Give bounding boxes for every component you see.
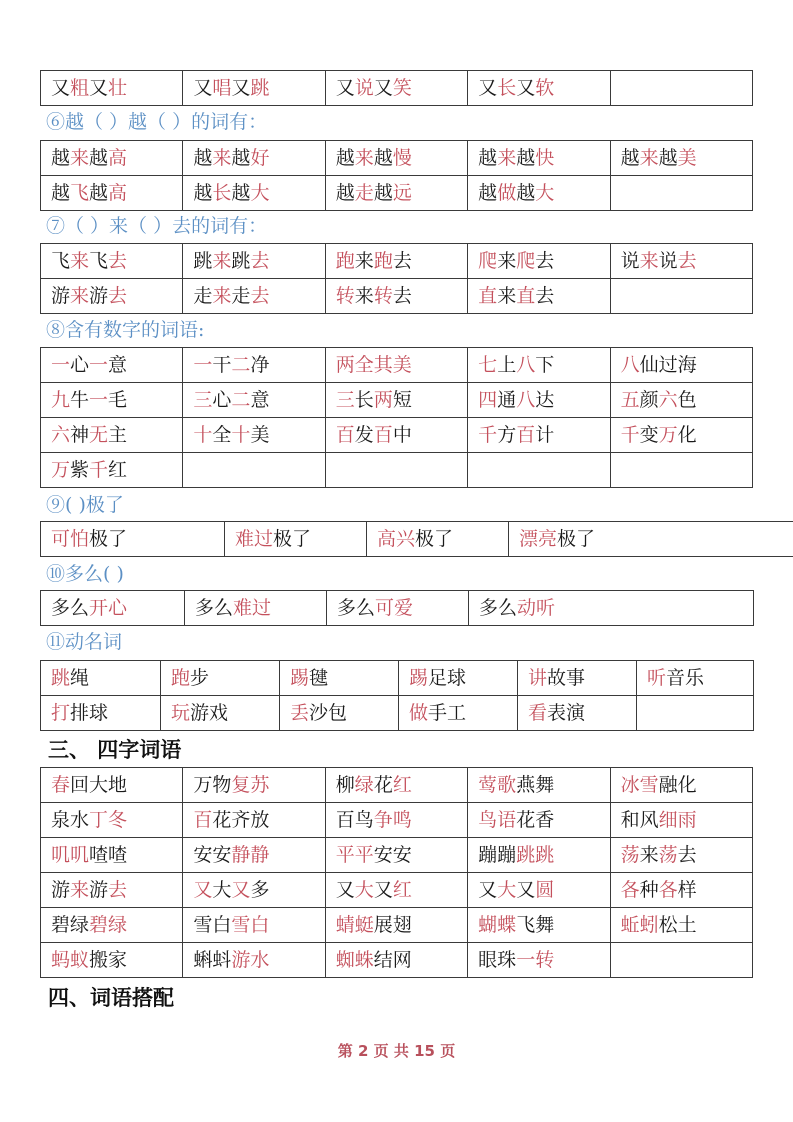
word-cell: 七上八下 [468,348,610,383]
plain-text: 越 [478,147,497,169]
highlight-text: 荡 [659,844,678,866]
highlight-text: 九 [51,389,70,411]
number-words-table: 一心一意一干二净两全其美七上八下八仙过海九牛一毛三心二意三长两短四通八达五颜六色… [40,347,753,488]
plain-text: 全 [212,424,231,446]
plain-text: 色 [678,389,697,411]
highlight-text: 三 [336,389,355,411]
word-cell: 越走越远 [325,176,467,211]
table-row: 游来游去又大又多又大又红又大又圆各种各样 [41,873,753,908]
plain-text: 多么 [195,597,233,619]
highlight-text: 慢 [393,147,412,169]
plain-text: 喳喳 [89,844,127,866]
highlight-text: 十 [231,424,250,446]
highlight-text: 六 [659,389,678,411]
plain-text: 干 [212,354,231,376]
verb-noun-table: 跳绳跑步踢毽踢足球讲故事听音乐打排球玩游戏丢沙包做手工看表演 [40,660,754,731]
plain-text: 越 [51,182,70,204]
word-cell: 多么可爱 [327,591,469,626]
empty-cell [610,71,752,106]
word-cell: 万紫千红 [41,453,183,488]
word-cell: 越来越高 [41,141,183,176]
plain-text: 去 [535,285,554,307]
plain-text: 眼珠 [478,949,516,971]
highlight-text: 去 [108,250,127,272]
word-cell: 跳绳 [41,661,161,696]
highlight-text: 又 [193,879,212,901]
word-cell: 蜘蛛结网 [325,943,467,978]
plain-text: 跳 [231,250,250,272]
highlight-text: 长 [497,77,516,99]
highlight-text: 百 [336,424,355,446]
highlight-text: 蜘蛛 [336,949,374,971]
word-cell: 越来越快 [468,141,610,176]
plain-text: 表演 [547,702,585,724]
plain-text: 多 [250,879,269,901]
word-cell: 越来越好 [183,141,325,176]
highlight-text: 转 [374,285,393,307]
highlight-text: 看 [528,702,547,724]
word-cell: 跳来跳去 [183,244,325,279]
plain-text: 主 [108,424,127,446]
highlight-text: 蜻蜓 [336,914,374,936]
highlight-text: 听 [647,667,666,689]
plain-text: 大 [212,879,231,901]
plain-text: 方 [497,424,516,446]
highlight-text: 踢 [290,667,309,689]
highlight-text: 千 [89,459,108,481]
word-cell: 又大又红 [325,873,467,908]
highlight-text: 跳 [250,77,269,99]
highlight-text: 百 [516,424,535,446]
plain-text: 越 [231,182,250,204]
plain-text: 极了 [273,528,311,550]
highlight-text: 一转 [516,949,554,971]
word-cell: 眼珠一转 [468,943,610,978]
word-cell: 做手工 [399,696,518,731]
plain-text: 松土 [659,914,697,936]
word-cell: 叽叽喳喳 [41,838,183,873]
table-row: 万紫千红 [41,453,753,488]
highlight-text: 来 [70,250,89,272]
plain-text: 心 [212,389,231,411]
highlight-text: 蚯蚓 [621,914,659,936]
plain-text: 计 [535,424,554,446]
highlight-text: 软 [535,77,554,99]
word-cell: 高兴极了 [367,522,509,557]
highlight-text: 一 [89,389,108,411]
highlight-text: 两 [374,389,393,411]
plain-text: 步 [190,667,209,689]
highlight-text: 万 [659,424,678,446]
plain-text: 仙过海 [640,354,697,376]
word-cell: 玩游戏 [161,696,280,731]
word-cell: 四通八达 [468,383,610,418]
word-cell: 一心一意 [41,348,183,383]
word-cell: 讲故事 [518,661,637,696]
highlight-text: 做 [409,702,428,724]
highlight-text: 十 [193,424,212,446]
word-cell: 游来游去 [41,279,183,314]
word-cell: 又大又圆 [468,873,610,908]
plain-text: 越 [516,182,535,204]
word-cell: 打排球 [41,696,161,731]
highlight-text: 鸟语 [478,809,516,831]
highlight-text: 壮 [108,77,127,99]
plain-text: 越 [516,147,535,169]
highlight-text: 千 [621,424,640,446]
plain-text: 牛 [70,389,89,411]
word-cell: 可怕极了 [41,522,225,557]
highlight-text: 二 [231,389,250,411]
section-heading-laiqu: ⑦（ ）来（ ）去的词有： [46,214,267,238]
highlight-text: 三 [193,389,212,411]
highlight-text: 一 [51,354,70,376]
table-row: 蚂蚁搬家蝌蚪游水蜘蛛结网眼珠一转 [41,943,753,978]
plain-text: 沙包 [309,702,347,724]
highlight-text: 去 [250,285,269,307]
empty-cell [468,453,610,488]
highlight-text: 玩 [171,702,190,724]
table-row: 越飞越高越长越大越走越远越做越大 [41,176,753,211]
plain-text: 故事 [547,667,585,689]
table-row: 打排球玩游戏丢沙包做手工看表演 [41,696,754,731]
plain-text: 意 [250,389,269,411]
word-cell: 五颜六色 [610,383,752,418]
highlight-text: 静静 [231,844,269,866]
word-cell: 转来转去 [325,279,467,314]
highlight-text: 做 [497,182,516,204]
highlight-text: 高 [108,147,127,169]
highlight-text: 各 [659,879,678,901]
word-cell: 蜻蜓展翅 [325,908,467,943]
plain-text: 越 [659,147,678,169]
duo-me-table: 多么开心多么难过多么可爱多么动听 [40,590,754,626]
word-cell: 六神无主 [41,418,183,453]
word-cell: 莺歌燕舞 [468,768,610,803]
plain-text: 燕舞 [516,774,554,796]
word-cell: 八仙过海 [610,348,752,383]
plain-text: 结网 [374,949,412,971]
plain-text: 游戏 [190,702,228,724]
plain-text: 融化 [659,774,697,796]
highlight-text: 来 [640,147,659,169]
highlight-text: 来 [212,147,231,169]
highlight-text: 远 [393,182,412,204]
plain-text: 神 [70,424,89,446]
plain-text: 碧绿 [51,914,89,936]
highlight-text: 漂亮 [519,528,557,550]
plain-text: 越 [374,147,393,169]
highlight-text: 来 [70,147,89,169]
plain-text: 蹦蹦 [478,844,516,866]
highlight-text: 美 [678,147,697,169]
word-cell: 百花齐放 [183,803,325,838]
highlight-text: 来 [70,285,89,307]
highlight-text: 六 [51,424,70,446]
empty-cell [610,279,752,314]
word-cell: 荡来荡去 [610,838,752,873]
word-cell: 蚂蚁搬家 [41,943,183,978]
plain-text: 越 [336,182,355,204]
plain-text: 来 [640,844,659,866]
highlight-text: 争鸣 [374,809,412,831]
highlight-text: 高兴 [377,528,415,550]
word-cell: 跑来跑去 [325,244,467,279]
plain-text: 来 [497,285,516,307]
highlight-text: 二 [231,354,250,376]
highlight-text: 复苏 [231,774,269,796]
plain-text: 又 [193,77,212,99]
word-cell: 多么开心 [41,591,185,626]
word-cell: 和风细雨 [610,803,752,838]
highlight-text: 八 [621,354,640,376]
highlight-text: 圆 [535,879,554,901]
highlight-text: 大 [355,879,374,901]
plain-text: 花 [374,774,393,796]
highlight-text: 来 [212,250,231,272]
plain-text: 来 [355,285,374,307]
highlight-text: 蚂蚁 [51,949,89,971]
highlight-text: 去 [108,879,127,901]
highlight-text: 大 [535,182,554,204]
table-row: 碧绿碧绿雪白雪白蜻蜓展翅蝴蝶飞舞蚯蚓松土 [41,908,753,943]
table-row: 九牛一毛三心二意三长两短四通八达五颜六色 [41,383,753,418]
highlight-text: 好 [250,147,269,169]
highlight-text: 五 [621,389,640,411]
highlight-text: 长 [212,182,231,204]
plain-text: 足球 [428,667,466,689]
empty-cell [610,943,752,978]
highlight-text: 直 [478,285,497,307]
plain-text: 美 [250,424,269,446]
highlight-text: 一 [193,354,212,376]
highlight-text: 去 [678,250,697,272]
highlight-text: 游水 [231,949,269,971]
plain-text: 越 [621,147,640,169]
word-cell: 百发百中 [325,418,467,453]
plain-text: 雪白 [193,914,231,936]
plain-text: 样 [678,879,697,901]
plain-text: 红 [108,459,127,481]
word-cell: 千变万化 [610,418,752,453]
highlight-text: 八 [516,354,535,376]
word-cell: 两全其美 [325,348,467,383]
plain-text: 跳 [193,250,212,272]
word-cell: 难过极了 [225,522,367,557]
highlight-text: 开心 [89,597,127,619]
table-row: 六神无主十全十美百发百中千方百计千变万化 [41,418,753,453]
highlight-text: 蝴蝶 [478,914,516,936]
plain-text: 走 [193,285,212,307]
word-cell: 越来越美 [610,141,752,176]
plain-text: 飞 [89,250,108,272]
plain-text: 极了 [89,528,127,550]
highlight-text: 红 [393,879,412,901]
plain-text: 毽 [309,667,328,689]
highlight-text: 打 [51,702,70,724]
word-cell: 游来游去 [41,873,183,908]
word-cell: 看表演 [518,696,637,731]
empty-cell [610,176,752,211]
highlight-text: 踢 [409,667,428,689]
highlight-text: 冰雪 [621,774,659,796]
word-cell: 越飞越高 [41,176,183,211]
highlight-text: 百 [193,809,212,831]
highlight-text: 百 [374,424,393,446]
word-cell: 千方百计 [468,418,610,453]
plain-text: 通 [497,389,516,411]
plain-text: 中 [393,424,412,446]
plain-text: 又 [231,77,250,99]
highlight-text: 各 [621,879,640,901]
plain-text: 心 [70,354,89,376]
word-cell: 碧绿碧绿 [41,908,183,943]
highlight-text: 莺歌 [478,774,516,796]
table-row: 叽叽喳喳安安静静平平安安蹦蹦跳跳荡来荡去 [41,838,753,873]
highlight-text: 跑 [374,250,393,272]
word-cell: 蝴蝶飞舞 [468,908,610,943]
word-cell: 柳绿花红 [325,768,467,803]
highlight-text: 难过 [233,597,271,619]
empty-cell [325,453,467,488]
section-heading-shuzi: ⑧含有数字的词语: [46,318,204,342]
plain-text: 又 [374,879,393,901]
plain-text: 长 [355,389,374,411]
plain-text: 又 [374,77,393,99]
plain-text: 又 [51,77,70,99]
table-row: 飞来飞去跳来跳去跑来跑去爬来爬去说来说去 [41,244,753,279]
plain-text: 种 [640,879,659,901]
word-cell: 蹦蹦跳跳 [468,838,610,873]
plain-text: 来 [497,250,516,272]
highlight-text: 可爱 [375,597,413,619]
word-cell: 又粗又壮 [41,71,183,106]
word-cell: 多么动听 [469,591,754,626]
highlight-text: 粗 [70,77,89,99]
word-cell: 又长又软 [468,71,610,106]
highlight-text: 爬 [516,250,535,272]
plain-text: 来 [355,250,374,272]
plain-text: 越 [374,182,393,204]
ji-le-table: 可怕极了 难过极了高兴极了漂亮极了 [40,521,793,557]
highlight-text: 去 [108,285,127,307]
highlight-text: 动听 [517,597,555,619]
word-cell: 九牛一毛 [41,383,183,418]
highlight-text: 平平 [336,844,374,866]
plain-text: 飞 [51,250,70,272]
table-row: 泉水丁冬百花齐放百鸟争鸣鸟语花香和风细雨 [41,803,753,838]
word-cell: 泉水丁冬 [41,803,183,838]
lai-qu-table: 飞来飞去跳来跳去跑来跑去爬来爬去说来说去游来游去走来走去转来转去直来直去 [40,243,753,314]
word-cell: 十全十美 [183,418,325,453]
plain-text: 多么 [51,597,89,619]
plain-text: 又 [89,77,108,99]
highlight-text: 荡 [621,844,640,866]
plain-text: 去 [393,285,412,307]
plain-text: 安安 [374,844,412,866]
word-cell: 一干二净 [183,348,325,383]
word-cell: 飞来飞去 [41,244,183,279]
highlight-text: 千 [478,424,497,446]
plain-text: 越 [193,182,212,204]
plain-text: 百鸟 [336,809,374,831]
highlight-text: 走 [355,182,374,204]
word-cell: 冰雪融化 [610,768,752,803]
plain-text: 飞舞 [516,914,554,936]
word-cell: 爬来爬去 [468,244,610,279]
plain-text: 泉水 [51,809,89,831]
plain-text: 紫 [70,459,89,481]
highlight-text: 来 [355,147,374,169]
plain-text: 越 [89,147,108,169]
plain-text: 又 [336,77,355,99]
word-cell: 漂亮极了 [509,522,793,557]
highlight-text: 爬 [478,250,497,272]
word-cell: 踢足球 [399,661,518,696]
word-cell: 雪白雪白 [183,908,325,943]
plain-text: 去 [393,250,412,272]
plain-text: 又 [516,77,535,99]
plain-text: 越 [51,147,70,169]
plain-text: 绳 [70,667,89,689]
plain-text: 游 [89,879,108,901]
highlight-text: 碧绿 [89,914,127,936]
highlight-text: 红 [393,774,412,796]
word-cell: 跑步 [161,661,280,696]
plain-text: 安安 [193,844,231,866]
plain-text: 毛 [108,389,127,411]
plain-text: 音乐 [666,667,704,689]
empty-cell [637,696,754,731]
plain-text: 柳 [336,774,355,796]
section-heading-yue: ⑥越（ ）越（ ）的词有： [46,110,267,134]
word-cell: 三长两短 [325,383,467,418]
highlight-text: 跑 [171,667,190,689]
four-char-words-table: 春回大地万物复苏柳绿花红莺歌燕舞冰雪融化泉水丁冬百花齐放百鸟争鸣鸟语花香和风细雨… [40,767,753,978]
table-row: 游来游去走来走去转来转去直来直去 [41,279,753,314]
word-cell: 又说又笑 [325,71,467,106]
word-cell: 踢毽 [280,661,399,696]
word-cell: 越长越大 [183,176,325,211]
plain-text: 花香 [516,809,554,831]
word-cell: 听音乐 [637,661,754,696]
plain-text: 回大地 [70,774,127,796]
plain-text: 意 [108,354,127,376]
plain-text: 变 [640,424,659,446]
plain-text: 去 [535,250,554,272]
table-row: 跳绳跑步踢毽踢足球讲故事听音乐 [41,661,754,696]
table-row: 多么开心多么难过多么可爱多么动听 [41,591,754,626]
plain-text: 发 [355,424,374,446]
highlight-text: 来 [212,285,231,307]
highlight-text: 大 [250,182,269,204]
plain-text: 越 [89,182,108,204]
highlight-text: 七 [478,354,497,376]
highlight-text: 万 [51,459,70,481]
word-cell: 丢沙包 [280,696,399,731]
plain-text: 越 [193,147,212,169]
plain-text: 走 [231,285,250,307]
highlight-text: 一 [89,354,108,376]
table-row: 春回大地万物复苏柳绿花红莺歌燕舞冰雪融化 [41,768,753,803]
highlight-text: 快 [535,147,554,169]
highlight-text: 转 [336,285,355,307]
highlight-text: 跳跳 [516,844,554,866]
plain-text: 极了 [557,528,595,550]
plain-text: 花齐放 [212,809,269,831]
plain-text: 颜 [640,389,659,411]
section-title-sizi: 三、 四字词语 [48,734,181,764]
